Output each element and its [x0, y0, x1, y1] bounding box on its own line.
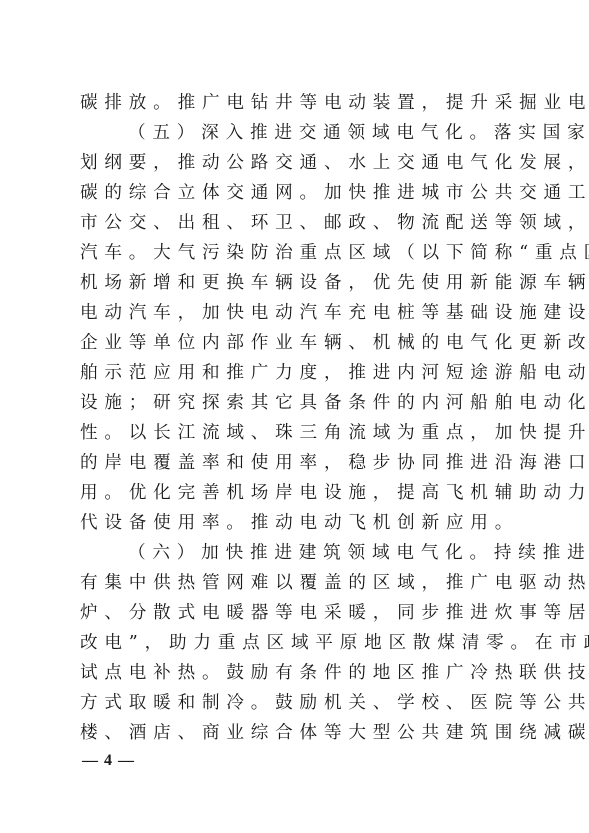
document-page: 碳排放。推广电钻井等电动装置，提升采掘业电气化水平。 （五）深入推进交通领域电气… — [0, 0, 589, 833]
text-line: 市公交、出租、环卫、邮政、物流配送等领域，优先使用新能源 — [80, 208, 520, 238]
text-line: 电动汽车，加快电动汽车充电桩等基础设施建设。积极推进厂矿 — [80, 298, 520, 328]
text-line: 试点电补热。鼓励有条件的地区推广冷热联供技术，采用电气化 — [80, 658, 520, 688]
text-line: 舶示范应用和推广力度，推进内河短途游船电动化，并配建充电 — [80, 358, 520, 388]
text-line: 代设备使用率。推动电动飞机创新应用。 — [80, 508, 520, 538]
text-line: 划纲要，推动公路交通、水上交通电气化发展，助力构建绿色低 — [80, 148, 520, 178]
text-line: 设施；研究探索其它具备条件的内河船舶电动化更新改造的可行 — [80, 388, 520, 418]
text-line: 炉、分散式电暖器等电采暖，同步推进炊事等居民生活领域“煤 — [80, 598, 520, 628]
text-line: 碳排放。推广电钻井等电动装置，提升采掘业电气化水平。 — [80, 88, 520, 118]
body-text: 碳排放。推广电钻井等电动装置，提升采掘业电气化水平。 （五）深入推进交通领域电气… — [80, 88, 520, 748]
text-line: 汽车。大气污染防治重点区域（以下简称“重点区域”）港口、 — [80, 238, 520, 268]
text-line: 碳的综合立体交通网。加快推进城市公共交通工具电气化，在城 — [80, 178, 520, 208]
text-line: 用。优化完善机场岸电设施，提高飞机辅助动力装置（APU）替 — [80, 478, 520, 508]
text-line: 机场新增和更换车辆设备，优先使用新能源车辆。大力推广家用 — [80, 268, 520, 298]
section-heading-line-5: （五）深入推进交通领域电气化。落实国家综合立体交通规 — [80, 118, 520, 148]
text-line: 性。以长江流域、珠三角流域为重点，加快提升内河港口、船舶 — [80, 418, 520, 448]
text-line: 有集中供热管网难以覆盖的区域，推广电驱动热泵、蓄热式电锅 — [80, 568, 520, 598]
text-line: 楼、酒店、商业综合体等大型公共建筑围绕减碳提效，实施电气 — [80, 718, 520, 748]
text-line: 企业等单位内部作业车辆、机械的电气化更新改造。加大绿色船 — [80, 328, 520, 358]
section-heading-line-6: （六）加快推进建筑领域电气化。持续推进清洁取暖，在现 — [80, 538, 520, 568]
text-line: 的岸电覆盖率和使用率，稳步协同推进沿海港口、船舶岸电使 — [80, 448, 520, 478]
text-line: 改电”，助力重点区域平原地区散煤清零。在市政供热管网末端 — [80, 628, 520, 658]
text-line: 方式取暖和制冷。鼓励机关、学校、医院等公共机构建筑和办公 — [80, 688, 520, 718]
page-number: — 4 — — [82, 752, 135, 770]
